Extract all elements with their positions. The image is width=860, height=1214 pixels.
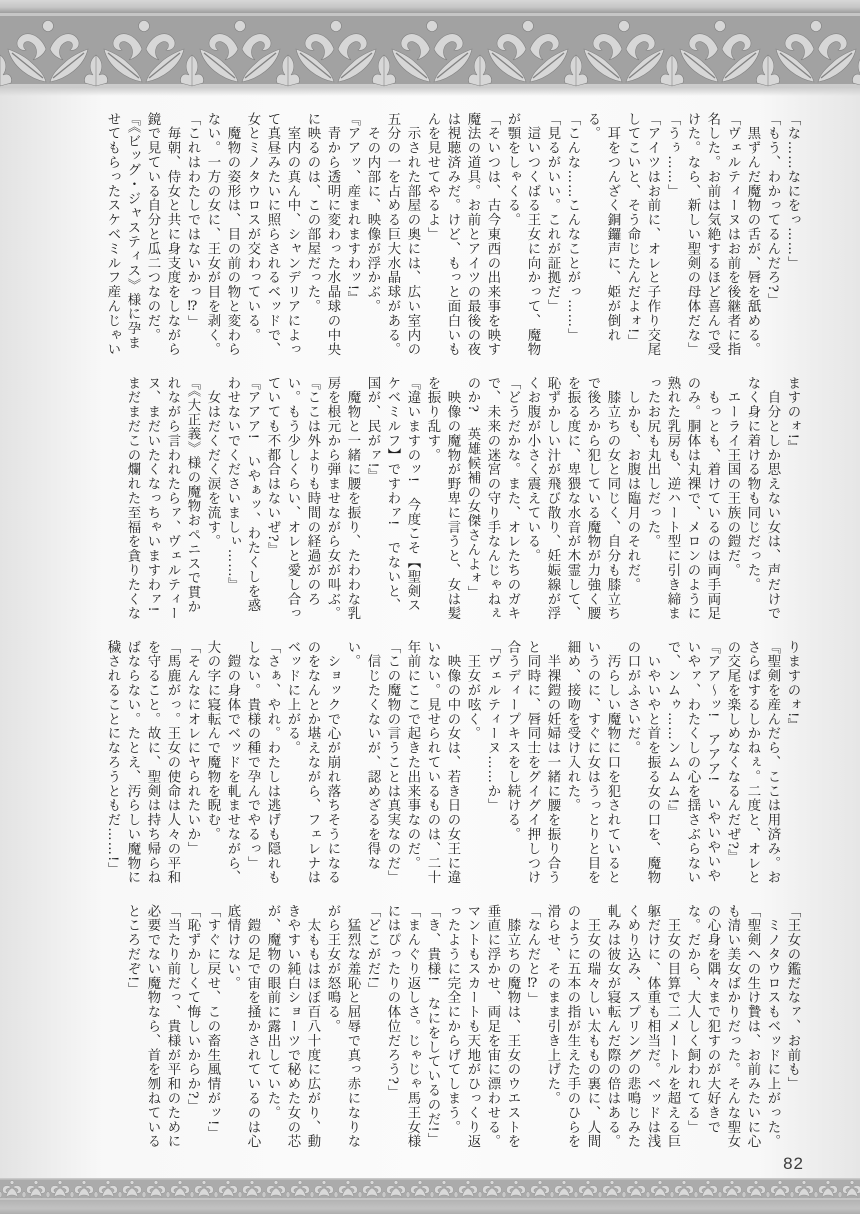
- paragraph: 「まんぐり返しさ。じゃじゃ馬王女様にはぴったりの体位だろう?」: [382, 904, 422, 1152]
- paragraph: もっとも、着けているのは両手両足のみ。胴体は丸裸で、メロンのように熟れた乳房も、…: [642, 376, 722, 624]
- ornamental-border-bottom: [0, 1178, 860, 1214]
- paragraph: 魔物と一緒に腰を振り、たわわな乳房を根元から弾ませながら女が叫ぶ。: [322, 376, 362, 624]
- paragraph: 「すぐに戻せ、この畜生風情がッ!」: [202, 904, 222, 1152]
- top-border-fade: [0, 88, 860, 96]
- bottom-border-strip: [0, 1200, 860, 1214]
- paragraph: エーライ王国の王族の鎧だ。: [722, 376, 742, 624]
- paragraph: 「な……なにをっ……」: [782, 112, 802, 360]
- paragraph: 毎朝、侍女と共に身支度をしながら鏡で見ている自分と瓜二つなのだ。: [142, 112, 182, 360]
- paragraph: しかも、お腹は臨月のそれだ。: [622, 376, 642, 624]
- paragraph: 膝立ちの女と同じく、自分も膝立ちで後ろから犯している魔物が力強く腰を振る度に、卑…: [522, 376, 622, 624]
- paragraph: 「見るがいい。これが証拠だ」: [542, 112, 562, 360]
- paragraph: 『アアア! いやぁッ、わたくしを惑わせないでくださいましぃ……』: [222, 376, 262, 624]
- paragraph: 『アア～ッ! アアア! いやいやいやいやァ、わたくしの心を揺さぶらないで、ンムゥ…: [662, 640, 722, 888]
- paragraph: 半裸鎧の妊婦は一緒に腰を振り合うと同時に、唇同士をグイグイ押しつけ合うディープキ…: [502, 640, 562, 888]
- paragraph: 『アアッ、産まれますわッ!』: [342, 112, 362, 360]
- paragraph: 「馬鹿がっ。王女の使命は人々の平和を守ること。故に、聖剣は持ち帰らねばならない。…: [102, 640, 182, 888]
- paragraph: 汚らしい魔物に口を犯されているというのに、すぐに女はうっとりと目を細め、接吻を受…: [562, 640, 622, 888]
- paragraph: 「もう、わかってるんだろ?」: [762, 112, 782, 360]
- text-band-1: 「な……なにをっ……」「もう、わかってるんだろ?」 黒ずんだ魔物の舌が、唇を舐め…: [52, 112, 802, 360]
- paragraph: ますのォ!』: [782, 376, 802, 624]
- paragraph: 「ヴェルティーヌ……か」: [482, 640, 502, 888]
- scroll-frieze-icon: [0, 1178, 860, 1200]
- paragraph: 「さぁ、やれ。わたしは逃げも隠れもしない。貴様の種で孕んでやるっ」: [242, 640, 282, 888]
- novel-text-area: 「な……なにをっ……」「もう、わかってるんだろ?」 黒ずんだ魔物の舌が、唇を舐め…: [52, 112, 802, 1152]
- paragraph: 『ここは外よりも時間の経過がのろい。もう少しくらい、オレと愛し合っていても不都合…: [262, 376, 322, 624]
- paragraph: 魔物の姿形は、目の前の物と変わらない。一方の女に、王女が目を剥く。: [202, 112, 242, 360]
- paragraph: りますのォ!』: [782, 640, 802, 888]
- paragraph: 王女の瑞々しい太ももの裏に、人間のように五本の指が生えた手のひらを滑らせ、そのま…: [542, 904, 602, 1152]
- novel-page: 「な……なにをっ……」「もう、わかってるんだろ?」 黒ずんだ魔物の舌が、唇を舐め…: [0, 0, 860, 1214]
- paragraph: 「ヴェルティーヌはお前を後継者に指名した。お前は気絶するほど喜んで受けた。なら、…: [682, 112, 742, 360]
- paragraph: その内部に、映像が浮かぶ。: [362, 112, 382, 360]
- paragraph: 猛烈な羞恥と屈辱で真っ赤になりながら王女が怒鳴る。: [322, 904, 362, 1152]
- anthemion-frieze-icon: [0, 13, 860, 88]
- top-border-strip: [0, 0, 860, 13]
- ornamental-border-top: [0, 0, 860, 96]
- paragraph: 女はだくだく涙を流す。: [202, 376, 222, 624]
- paragraph: 鎧の足で宙を掻かされているのは心底情けない。: [222, 904, 262, 1152]
- paragraph: 「当たり前だっ、貴様が平和のために必要でない魔物なら、首を刎ねているところだぞ!…: [122, 904, 182, 1152]
- paragraph: 室内の真ん中、シャンデリアによって真昼みたいに照らされるベッドで、女とミノタウロ…: [242, 112, 302, 360]
- paragraph: 「き、貴様! なにをしているのだ!」: [422, 904, 442, 1152]
- paragraph: 「これはわたしではないかっ⁉」: [182, 112, 202, 360]
- paragraph: 這いつくばる王女に向かって、魔物が顎をしゃくる。: [502, 112, 542, 360]
- paragraph: 太ももはほぼ百八十度に広がり、動きやすい純白ショーツで秘めた女の芯が、魔物の眼前…: [262, 904, 322, 1152]
- text-band-2: ますのォ!』 自分としか思えない女は、声だけでなく身に着ける物も同じだった。 エ…: [52, 376, 802, 624]
- paragraph: 「なんだと⁉」: [522, 904, 542, 1152]
- paragraph: 「こんな……こんなことがっ……」: [562, 112, 582, 360]
- paragraph: 『違いますのッ! 今度こそ【聖剣スケベミルフ】ですわァ! でないと、国が、民がァ…: [362, 376, 422, 624]
- paragraph: 『《大正義》様の魔物おペニスで貫かれながら言われたらァ、ヴェルティーヌ、まだいた…: [122, 376, 202, 624]
- paragraph: 「どうだかな。また、オレたちのガキで、未来の迷宮の守り手なんじゃねぇのか? 英雄…: [462, 376, 522, 624]
- paragraph: 「どこがだ!」: [362, 904, 382, 1152]
- paragraph: 膝立ちの魔物は、王女のウエストを垂直に浮かせ、両足を宙に漂わせる。マントもスカー…: [442, 904, 522, 1152]
- page-number: 82: [783, 1154, 804, 1174]
- paragraph: 『聖剣を産んだら、ここは用済み。おさらばするしかねぇ。二度と、オレとの交尾を楽し…: [722, 640, 782, 888]
- paragraph: 『《ビッグ・ジャスティス》様に孕ませてもらったスケベミルフ産んじゃい: [102, 112, 142, 360]
- paragraph: 「そいつは、古今東西の出来事を映す魔法の道具。お前とアイツの最後の夜は視聴済みだ…: [422, 112, 502, 360]
- paragraph: 王女の目算で二メートルを超える巨躯だけに、体重も相当だ。ベッドは浅くめり込み、ス…: [602, 904, 682, 1152]
- paragraph: 示された部屋の奥には、広い室内の五分の一を占める巨大水晶球がある。: [382, 112, 422, 360]
- paragraph: 「そんなにオレにヤられたいか」: [182, 640, 202, 888]
- paragraph: ショックで心が崩れ落ちそうになるのをなんとか堪えながら、フェレナはベッドに上がる…: [282, 640, 342, 888]
- paragraph: ミノタウロスもベッドに上がった。: [762, 904, 782, 1152]
- paragraph: 「うぅ……」: [662, 112, 682, 360]
- text-band-4: 「王女の鑑だなァ、お前も」 ミノタウロスもベッドに上がった。「聖剣への生け贄は、…: [52, 904, 802, 1152]
- paragraph: 「聖剣への生け贄は、お前みたいに心も清い美女ばかりだった。そんな聖女の心身を隅々…: [682, 904, 762, 1152]
- text-band-3: りますのォ!』『聖剣を産んだら、ここは用済み。おさらばするしかねぇ。二度と、オレ…: [52, 640, 802, 888]
- paragraph: 映像の魔物が野卑に言うと、女は髪を振り乱す。: [422, 376, 462, 624]
- paragraph: 「アイツはお前に、オレと子作り交尾してこいと、そう命じたんだよォ!」: [622, 112, 662, 360]
- paragraph: 鎧の身体でベッドを軋ませながら、大の字に寝転んで魔物を睨む。: [202, 640, 242, 888]
- paragraph: 王女が呟く。: [462, 640, 482, 888]
- paragraph: 黒ずんだ魔物の舌が、唇を舐める。: [742, 112, 762, 360]
- paragraph: 映像の中の女は、若き日の女王に違いない。見せられているものは、二十年前にここで起…: [402, 640, 462, 888]
- paragraph: 「王女の鑑だなァ、お前も」: [782, 904, 802, 1152]
- paragraph: いやいやと首を振る女の口を、魔物の口がふさいだ。: [622, 640, 662, 888]
- paragraph: 青から透明に変わった水晶球の中央に映るのは、この部屋だった。: [302, 112, 342, 360]
- paragraph: 「恥ずかしくて悔しいからか?」: [182, 904, 202, 1152]
- paragraph: 耳をつんざく銅鑼声に、姫が倒れる。: [582, 112, 622, 360]
- paragraph: 自分としか思えない女は、声だけでなく身に着ける物も同じだった。: [742, 376, 782, 624]
- paragraph: 「この魔物の言うことは真実なのだ」: [382, 640, 402, 888]
- paragraph: 信じたくないが、認めざるを得ない。: [342, 640, 382, 888]
